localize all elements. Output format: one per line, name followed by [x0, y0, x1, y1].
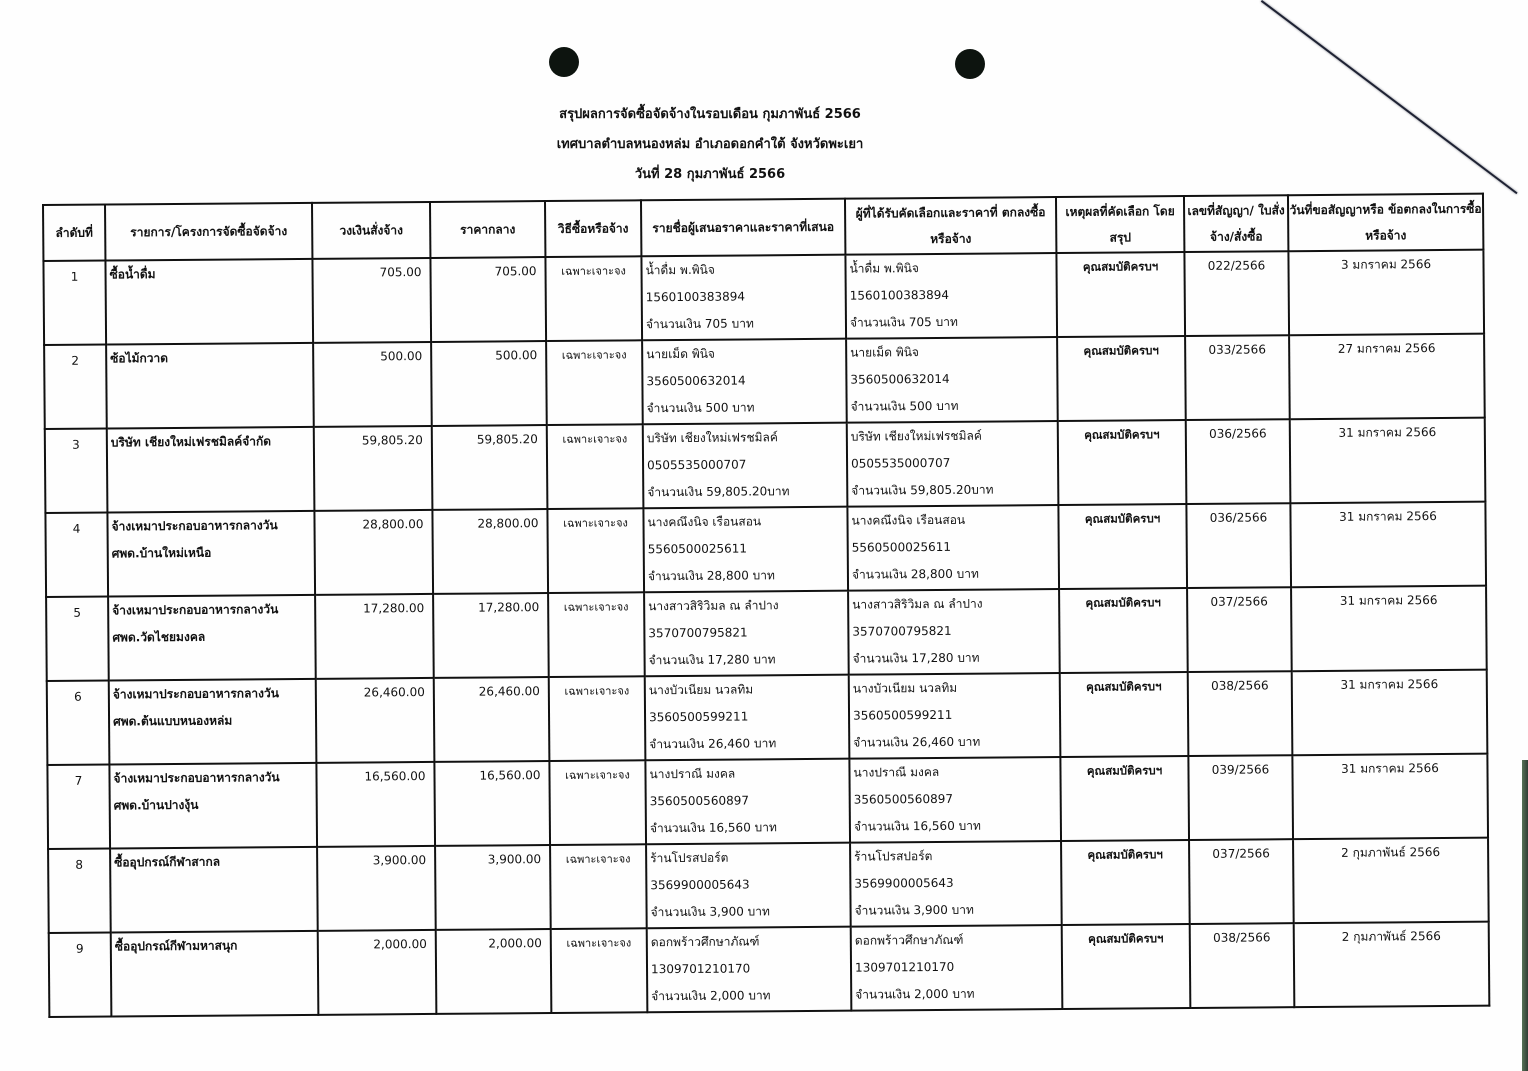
cell-no: 5: [46, 596, 109, 680]
cell-contract-no: 039/2566: [1188, 755, 1293, 840]
cell-contract-no: 037/2566: [1187, 587, 1292, 672]
cell-bidders: นางสาวสิริวิมล ณ ลำปาง3570700795821จำนวน…: [644, 591, 849, 677]
median-price-amount: 3,900.00: [436, 846, 541, 874]
cell-bidders: นางปราณี มงคล3560500560897จำนวนเงิน 16,5…: [645, 759, 850, 845]
cell-item: ซ้อไม้กวาด: [106, 343, 314, 429]
item-line: ศพด.บ้านปางงุ้น: [114, 791, 316, 820]
table-row: 1ซื้อน้ำดื่ม705.00705.00เฉพาะเจาะจงน้ำดื…: [43, 250, 1484, 345]
cell-bidders: ร้านโปรสปอร์ต3569900005643จำนวนเงิน 3,90…: [646, 843, 851, 929]
cell-method: เฉพาะเจาะจง: [547, 424, 644, 509]
cell-contract-date: 2 กุมภาพันธ์ 2566: [1294, 922, 1490, 1008]
winner-line: 3569900005643: [854, 869, 1060, 898]
row-number: 5: [47, 600, 107, 627]
cell-no: 6: [47, 680, 110, 764]
winner-line: น้ำดื่ม พ.พินิจ: [849, 254, 1055, 283]
title-line-organization: เทศบาลตำบลหนองหล่ม อำเภอดอกคำใต้ จังหวัด…: [0, 130, 1420, 160]
cell-median-price: 16,560.00: [434, 761, 550, 846]
contract-date: 2 กุมภาพันธ์ 2566: [1294, 839, 1487, 868]
selection-reason: คุณสมบัติครบฯ: [1058, 337, 1184, 365]
winner-line: ร้านโปรสปอร์ต: [854, 842, 1060, 871]
header-median-price: ราคากลาง: [430, 201, 545, 258]
table-row: 5จ้างเหมาประกอบอาหารกลางวันศพด.วัดไชยมงค…: [46, 586, 1487, 681]
contract-date: 3 มกราคม 2566: [1289, 251, 1482, 280]
winner-line: 1309701210170: [855, 953, 1061, 982]
cell-bidders: นางบัวเนียม นวลทิม3560500599211จำนวนเงิน…: [645, 675, 850, 761]
procurement-method: เฉพาะเจาะจง: [551, 845, 645, 873]
cell-winner: บริษัท เชียงใหม่เฟรชมิลค์0505535000707จำ…: [847, 421, 1059, 507]
row-number: 1: [44, 264, 104, 291]
cell-method: เฉพาะเจาะจง: [547, 508, 644, 593]
budget-amount: 500.00: [314, 343, 422, 371]
bidder-line: ร้านโปรสปอร์ต: [650, 844, 849, 873]
bidder-line: นายเม็ด พินิจ: [646, 340, 845, 369]
bidder-line: นางบัวเนียม นวลทิม: [649, 676, 848, 705]
budget-amount: 59,805.20: [315, 427, 423, 455]
cell-median-price: 2,000.00: [436, 929, 552, 1014]
cell-winner: นางสาวสิริวิมล ณ ลำปาง3570700795821จำนวน…: [848, 589, 1060, 675]
bidder-line: จำนวนเงิน 500 บาท: [647, 394, 846, 423]
cell-item: จ้างเหมาประกอบอาหารกลางวันศพด.วัดไชยมงคล: [108, 595, 316, 681]
selection-reason: คุณสมบัติครบฯ: [1057, 253, 1183, 281]
procurement-method: เฉพาะเจาะจง: [549, 593, 643, 621]
cell-budget: 2,000.00: [318, 930, 437, 1015]
cell-item: ซื้ออุปกรณ์กีฬาสากล: [110, 847, 318, 933]
cell-method: เฉพาะเจาะจง: [549, 676, 646, 761]
selection-reason: คุณสมบัติครบฯ: [1059, 421, 1185, 449]
cell-winner: น้ำดื่ม พ.พินิจ1560100383894จำนวนเงิน 70…: [845, 253, 1057, 339]
row-number: 4: [46, 516, 106, 543]
header-reason: เหตุผลที่คัดเลือก โดยสรุป: [1056, 196, 1184, 253]
table-row: 3บริษัท เชียงใหม่เฟรชมิลค์จำกัด59,805.20…: [45, 418, 1486, 513]
row-number: 9: [50, 935, 110, 962]
winner-line: จำนวนเงิน 500 บาท: [851, 392, 1057, 421]
winner-line: 1560100383894: [850, 281, 1056, 310]
contract-number: 037/2566: [1190, 840, 1292, 868]
cell-item: จ้างเหมาประกอบอาหารกลางวันศพด.บ้านใหม่เห…: [107, 511, 315, 597]
cell-bidders: นายเม็ด พินิจ3560500632014จำนวนเงิน 500 …: [642, 339, 847, 425]
cell-contract-date: 31 มกราคม 2566: [1291, 586, 1487, 672]
row-number: 6: [48, 683, 108, 710]
bidder-line: นางคณึงนิจ เรือนสอน: [647, 508, 846, 537]
median-price-amount: 28,800.00: [433, 510, 538, 538]
cell-contract-no: 038/2566: [1188, 671, 1293, 756]
cell-reason: คุณสมบัติครบฯ: [1060, 756, 1189, 841]
budget-amount: 16,560.00: [317, 763, 425, 791]
cell-winner: นางคณึงนิจ เรือนสอน5560500025611จำนวนเงิ…: [847, 505, 1059, 591]
cell-winner: นายเม็ด พินิจ3560500632014จำนวนเงิน 500 …: [846, 337, 1058, 423]
cell-item: ซื้อน้ำดื่ม: [105, 259, 313, 345]
cell-contract-date: 31 มกราคม 2566: [1290, 502, 1486, 588]
winner-line: จำนวนเงิน 28,800 บาท: [852, 560, 1058, 589]
cell-contract-date: 31 มกราคม 2566: [1290, 418, 1486, 504]
table-body: 1ซื้อน้ำดื่ม705.00705.00เฉพาะเจาะจงน้ำดื…: [43, 250, 1489, 1017]
bidder-line: บริษัท เชียงใหม่เฟรชมิลค์: [647, 424, 846, 453]
procurement-method: เฉพาะเจาะจง: [552, 929, 646, 957]
cell-method: เฉพาะเจาะจง: [550, 844, 647, 929]
cell-method: เฉพาะเจาะจง: [549, 760, 646, 845]
bidder-line: 0505535000707: [647, 451, 846, 480]
header-contract-no: เลขที่สัญญา/ ใบสั่งจ้าง/สั่งซื้อ: [1184, 195, 1288, 252]
cell-method: เฉพาะเจาะจง: [546, 340, 643, 425]
bidder-line: 3560500599211: [649, 703, 848, 732]
winner-line: 3560500560897: [854, 785, 1060, 814]
item-line: ศพด.วัดไชยมงคล: [112, 623, 314, 652]
cell-item: จ้างเหมาประกอบอาหารกลางวันศพด.บ้านปางงุ้…: [109, 763, 317, 849]
cell-median-price: 59,805.20: [432, 425, 548, 510]
selection-reason: คุณสมบัติครบฯ: [1061, 673, 1187, 701]
title-line-summary: สรุปผลการจัดซื้อจัดจ้างในรอบเดือน กุมภาพ…: [0, 100, 1420, 130]
table-row: 2ซ้อไม้กวาด500.00500.00เฉพาะเจาะจงนายเม็…: [44, 334, 1485, 429]
cell-winner: นางบัวเนียม นวลทิม3560500599211จำนวนเงิน…: [849, 673, 1061, 759]
item-line: ศพด.ต้นแบบหนองหล่ม: [113, 707, 315, 736]
bidder-line: จำนวนเงิน 28,800 บาท: [648, 562, 847, 591]
contract-date: 27 มกราคม 2566: [1290, 335, 1483, 364]
median-price-amount: 17,280.00: [434, 594, 539, 622]
cell-budget: 3,900.00: [317, 846, 436, 931]
cell-bidders: นางคณึงนิจ เรือนสอน5560500025611จำนวนเงิ…: [643, 507, 848, 593]
median-price-amount: 2,000.00: [437, 930, 542, 958]
winner-line: จำนวนเงิน 17,280 บาท: [852, 644, 1058, 673]
cell-reason: คุณสมบัติครบฯ: [1058, 420, 1187, 505]
header-item: รายการ/โครงการจัดซื้อจัดจ้าง: [105, 203, 312, 261]
scanned-page: สรุปผลการจัดซื้อจัดจ้างในรอบเดือน กุมภาพ…: [0, 0, 1528, 1071]
cell-item: บริษัท เชียงใหม่เฟรชมิลค์จำกัด: [107, 427, 315, 513]
cell-contract-date: 31 มกราคม 2566: [1292, 754, 1488, 840]
contract-date: 31 มกราคม 2566: [1291, 419, 1484, 448]
winner-line: 3560500632014: [850, 365, 1056, 394]
table-row: 8ซื้ออุปกรณ์กีฬาสากล3,900.003,900.00เฉพา…: [48, 838, 1489, 933]
cell-contract-no: 036/2566: [1186, 419, 1291, 504]
bidder-line: น้ำดื่ม พ.พินิจ: [645, 256, 844, 285]
winner-line: จำนวนเงิน 59,805.20บาท: [851, 476, 1057, 505]
cell-no: 2: [44, 345, 107, 429]
procurement-method: เฉพาะเจาะจง: [548, 425, 642, 453]
budget-amount: 28,800.00: [315, 511, 423, 539]
item-line: ซื้อน้ำดื่ม: [109, 260, 311, 289]
contract-date: 31 มกราคม 2566: [1292, 587, 1485, 616]
cell-method: เฉพาะเจาะจง: [545, 256, 642, 341]
winner-line: นางสาวสิริวิมล ณ ลำปาง: [852, 590, 1058, 619]
bidder-line: จำนวนเงิน 17,280 บาท: [648, 646, 847, 675]
bidder-line: นางปราณี มงคล: [649, 760, 848, 789]
cell-median-price: 17,280.00: [433, 593, 549, 678]
procurement-method: เฉพาะเจาะจง: [548, 509, 642, 537]
cell-reason: คุณสมบัติครบฯ: [1060, 672, 1189, 757]
cell-contract-date: 27 มกราคม 2566: [1289, 334, 1485, 420]
table-row: 4จ้างเหมาประกอบอาหารกลางวันศพด.บ้านใหม่เ…: [45, 502, 1486, 597]
cell-method: เฉพาะเจาะจง: [548, 592, 645, 677]
cell-budget: 705.00: [312, 258, 431, 343]
bidder-line: ดอกพร้าวศึกษาภัณฑ์: [651, 928, 850, 957]
contract-number: 037/2566: [1188, 588, 1290, 616]
selection-reason: คุณสมบัติครบฯ: [1059, 505, 1185, 533]
header-budget: วงเงินสั่งจ้าง: [312, 202, 430, 259]
bidder-line: 3570700795821: [648, 619, 847, 648]
winner-line: จำนวนเงิน 26,460 บาท: [853, 728, 1059, 757]
winner-line: 0505535000707: [851, 449, 1057, 478]
cell-budget: 28,800.00: [314, 510, 433, 595]
cell-reason: คุณสมบัติครบฯ: [1058, 504, 1187, 589]
contract-number: 038/2566: [1191, 924, 1293, 952]
budget-amount: 17,280.00: [316, 595, 424, 623]
cell-winner: ดอกพร้าวศึกษาภัณฑ์1309701210170จำนวนเงิน…: [851, 925, 1063, 1011]
median-price-amount: 59,805.20: [433, 426, 538, 454]
item-line: จ้างเหมาประกอบอาหารกลางวัน: [113, 764, 315, 793]
winner-line: จำนวนเงิน 2,000 บาท: [855, 980, 1061, 1009]
cell-no: 1: [43, 261, 106, 345]
contract-number: 038/2566: [1189, 672, 1291, 700]
cell-winner: นางปราณี มงคล3560500560897จำนวนเงิน 16,5…: [849, 757, 1061, 843]
winner-line: จำนวนเงิน 705 บาท: [850, 308, 1056, 337]
item-line: ซื้ออุปกรณ์กีฬาสากล: [114, 848, 316, 877]
item-line: จ้างเหมาประกอบอาหารกลางวัน: [112, 596, 314, 625]
cell-method: เฉพาะเจาะจง: [551, 928, 648, 1013]
item-line: ซ้อไม้กวาด: [110, 344, 312, 373]
procurement-method: เฉพาะเจาะจง: [547, 341, 641, 369]
page-edge-shadow: [1522, 760, 1528, 1071]
header-contract-date: วันที่ขอสัญญาหรือ ข้อตกลงในการซื้อหรือจ้…: [1288, 194, 1483, 252]
winner-line: 3560500599211: [853, 701, 1059, 730]
cell-reason: คุณสมบัติครบฯ: [1057, 336, 1186, 421]
winner-line: นางบัวเนียม นวลทิม: [853, 674, 1059, 703]
winner-line: นางปราณี มงคล: [853, 758, 1059, 787]
cell-item: ซื้ออุปกรณ์กีฬามหาสนุก: [111, 931, 319, 1017]
bidder-line: 3569900005643: [650, 871, 849, 900]
cell-reason: คุณสมบัติครบฯ: [1059, 588, 1188, 673]
median-price-amount: 16,560.00: [435, 762, 540, 790]
procurement-method: เฉพาะเจาะจง: [546, 257, 640, 285]
cell-bidders: น้ำดื่ม พ.พินิจ1560100383894จำนวนเงิน 70…: [641, 255, 846, 341]
procurement-method: เฉพาะเจาะจง: [550, 761, 644, 789]
cell-no: 4: [45, 512, 108, 596]
selection-reason: คุณสมบัติครบฯ: [1061, 757, 1187, 785]
contract-date: 2 กุมภาพันธ์ 2566: [1295, 923, 1488, 952]
cell-budget: 16,560.00: [316, 762, 435, 847]
winner-line: นางคณึงนิจ เรือนสอน: [851, 506, 1057, 535]
median-price-amount: 26,460.00: [435, 678, 540, 706]
item-line: จ้างเหมาประกอบอาหารกลางวัน: [111, 512, 313, 541]
bidder-line: จำนวนเงิน 59,805.20บาท: [647, 478, 846, 507]
bidder-line: จำนวนเงิน 2,000 บาท: [651, 982, 850, 1011]
cell-contract-date: 31 มกราคม 2566: [1292, 670, 1488, 756]
contract-date: 31 มกราคม 2566: [1293, 755, 1486, 784]
contract-number: 022/2566: [1185, 252, 1287, 280]
cell-median-price: 28,800.00: [432, 509, 548, 594]
median-price-amount: 705.00: [431, 258, 536, 286]
item-line: ซื้ออุปกรณ์กีฬามหาสนุก: [115, 932, 317, 961]
table-row: 6จ้างเหมาประกอบอาหารกลางวันศพด.ต้นแบบหนอ…: [47, 670, 1488, 765]
contract-number: 036/2566: [1187, 504, 1289, 532]
bidder-line: 3560500632014: [646, 367, 845, 396]
header-bidders: รายชื่อผู้เสนอราคาและราคาที่เสนอ: [641, 199, 845, 257]
cell-contract-no: 037/2566: [1189, 839, 1294, 924]
cell-budget: 17,280.00: [315, 594, 434, 679]
cell-contract-date: 2 กุมภาพันธ์ 2566: [1293, 838, 1489, 924]
table-row: 7จ้างเหมาประกอบอาหารกลางวันศพด.บ้านปางงุ…: [47, 754, 1488, 849]
row-number: 3: [46, 432, 106, 459]
winner-line: ดอกพร้าวศึกษาภัณฑ์: [855, 926, 1061, 955]
winner-line: 3570700795821: [852, 617, 1058, 646]
cell-item: จ้างเหมาประกอบอาหารกลางวันศพด.ต้นแบบหนอง…: [109, 679, 317, 765]
budget-amount: 26,460.00: [317, 679, 425, 707]
cell-budget: 500.00: [313, 342, 432, 427]
selection-reason: คุณสมบัติครบฯ: [1062, 841, 1188, 869]
bidder-line: จำนวนเงิน 26,460 บาท: [649, 730, 848, 759]
cell-contract-date: 3 มกราคม 2566: [1288, 250, 1484, 336]
median-price-amount: 500.00: [432, 342, 537, 370]
item-line: ศพด.บ้านใหม่เหนือ: [112, 539, 314, 568]
header-no: ลำดับที่: [43, 205, 105, 261]
item-line: จ้างเหมาประกอบอาหารกลางวัน: [113, 680, 315, 709]
cell-no: 3: [45, 428, 108, 512]
contract-number: 039/2566: [1189, 756, 1291, 784]
cell-contract-no: 036/2566: [1186, 503, 1291, 588]
title-line-date: วันที่ 28 กุมภาพันธ์ 2566: [0, 160, 1420, 190]
contract-date: 31 มกราคม 2566: [1291, 503, 1484, 532]
row-number: 7: [48, 767, 108, 794]
cell-no: 8: [48, 848, 111, 932]
bidder-line: นางสาวสิริวิมล ณ ลำปาง: [648, 592, 847, 621]
winner-line: จำนวนเงิน 16,560 บาท: [854, 812, 1060, 841]
contract-number: 033/2566: [1186, 336, 1288, 364]
procurement-table-wrap: ลำดับที่ รายการ/โครงการจัดซื้อจัดจ้าง วง…: [42, 193, 1488, 1018]
bidder-line: 1560100383894: [646, 283, 845, 312]
cell-median-price: 500.00: [431, 341, 547, 426]
cell-bidders: บริษัท เชียงใหม่เฟรชมิลค์0505535000707จำ…: [643, 423, 848, 509]
budget-amount: 2,000.00: [319, 931, 427, 959]
cell-median-price: 705.00: [430, 257, 546, 342]
bidder-line: จำนวนเงิน 705 บาท: [646, 310, 845, 339]
selection-reason: คุณสมบัติครบฯ: [1060, 589, 1186, 617]
cell-winner: ร้านโปรสปอร์ต3569900005643จำนวนเงิน 3,90…: [850, 841, 1062, 927]
cell-contract-no: 033/2566: [1185, 335, 1290, 420]
cell-contract-no: 038/2566: [1190, 923, 1295, 1008]
selection-reason: คุณสมบัติครบฯ: [1063, 925, 1189, 953]
winner-line: บริษัท เชียงใหม่เฟรชมิลค์: [851, 422, 1057, 451]
cell-no: 7: [47, 764, 110, 848]
procurement-method: เฉพาะเจาะจง: [550, 677, 644, 705]
cell-budget: 26,460.00: [316, 678, 435, 763]
winner-line: นายเม็ด พินิจ: [850, 338, 1056, 367]
cell-budget: 59,805.20: [314, 426, 433, 511]
bidder-line: 1309701210170: [651, 955, 850, 984]
bidder-line: จำนวนเงิน 16,560 บาท: [650, 814, 849, 843]
punch-hole-right: [955, 49, 985, 79]
cell-contract-no: 022/2566: [1184, 251, 1289, 336]
contract-date: 31 มกราคม 2566: [1293, 671, 1486, 700]
row-number: 2: [45, 348, 105, 375]
row-number: 8: [49, 851, 109, 878]
contract-number: 036/2566: [1187, 420, 1289, 448]
table-row: 9ซื้ออุปกรณ์กีฬามหาสนุก2,000.002,000.00เ…: [49, 922, 1490, 1017]
budget-amount: 705.00: [313, 259, 421, 287]
budget-amount: 3,900.00: [318, 847, 426, 875]
item-line: บริษัท เชียงใหม่เฟรชมิลค์จำกัด: [111, 428, 313, 457]
cell-reason: คุณสมบัติครบฯ: [1062, 924, 1191, 1009]
header-method: วิธีซื้อหรือจ้าง: [545, 200, 641, 257]
cell-no: 9: [49, 932, 112, 1016]
cell-reason: คุณสมบัติครบฯ: [1056, 252, 1185, 337]
cell-median-price: 3,900.00: [435, 845, 551, 930]
bidder-line: 3560500560897: [650, 787, 849, 816]
document-title: สรุปผลการจัดซื้อจัดจ้างในรอบเดือน กุมภาพ…: [0, 100, 1420, 190]
procurement-table: ลำดับที่ รายการ/โครงการจัดซื้อจัดจ้าง วง…: [42, 193, 1490, 1018]
cell-bidders: ดอกพร้าวศึกษาภัณฑ์1309701210170จำนวนเงิน…: [647, 927, 852, 1013]
punch-hole-left: [549, 47, 579, 77]
cell-median-price: 26,460.00: [434, 677, 550, 762]
bidder-line: 5560500025611: [648, 535, 847, 564]
winner-line: จำนวนเงิน 3,900 บาท: [854, 896, 1060, 925]
winner-line: 5560500025611: [852, 533, 1058, 562]
bidder-line: จำนวนเงิน 3,900 บาท: [650, 898, 849, 927]
header-winner: ผู้ที่ได้รับคัดเลือกและราคาที่ ตกลงซื้อห…: [845, 197, 1056, 255]
cell-reason: คุณสมบัติครบฯ: [1061, 840, 1190, 925]
